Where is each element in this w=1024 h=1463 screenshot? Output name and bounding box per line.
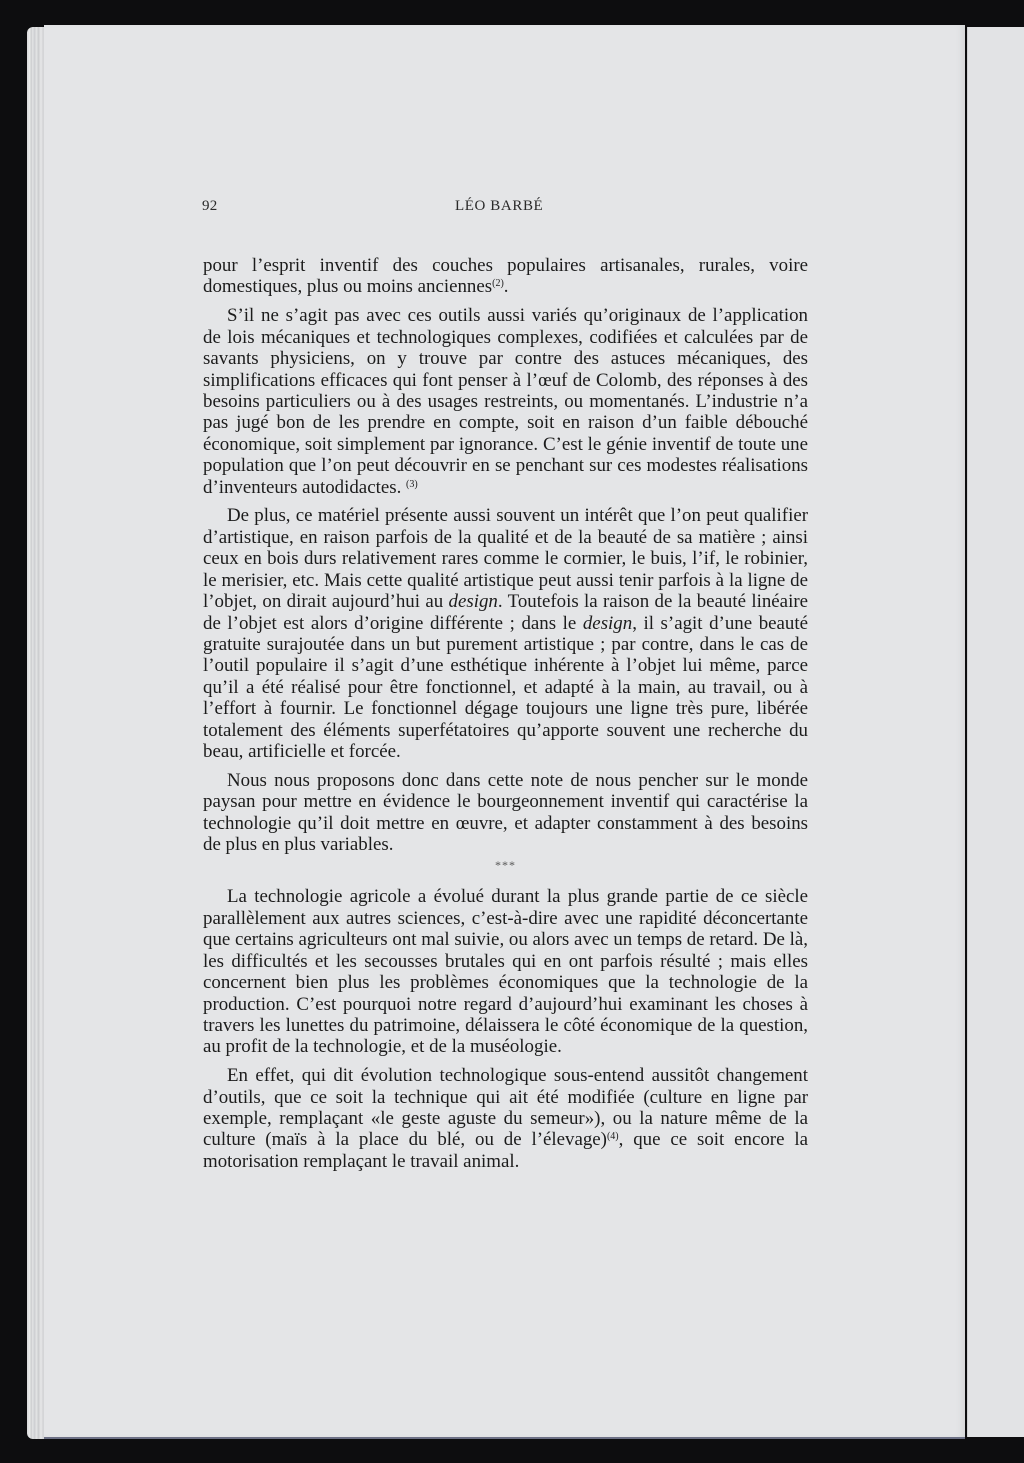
paragraph: De plus, ce matériel présente aussi souv… <box>203 505 808 762</box>
paragraph: S’il ne s’agit pas avec ces outils aussi… <box>203 305 808 498</box>
paragraph: Nous nous proposons donc dans cette note… <box>203 770 808 856</box>
author-name: LÉO BARBÉ <box>455 198 543 215</box>
section-separator: *** <box>203 858 808 872</box>
paragraph: pour l’esprit inventif des couches popul… <box>203 255 808 298</box>
page-number: 92 <box>202 198 218 215</box>
running-head: 92 LÉO BARBÉ <box>44 196 965 216</box>
facing-page-edge <box>967 27 1024 1437</box>
body-text: pour l’esprit inventif des couches popul… <box>203 255 808 1172</box>
book-page: 92 LÉO BARBÉ pour l’esprit inventif des … <box>44 25 965 1439</box>
paragraph: En effet, qui dit évolution technologiqu… <box>203 1065 808 1172</box>
paragraph: La technologie agricole a évolué durant … <box>203 886 808 1057</box>
